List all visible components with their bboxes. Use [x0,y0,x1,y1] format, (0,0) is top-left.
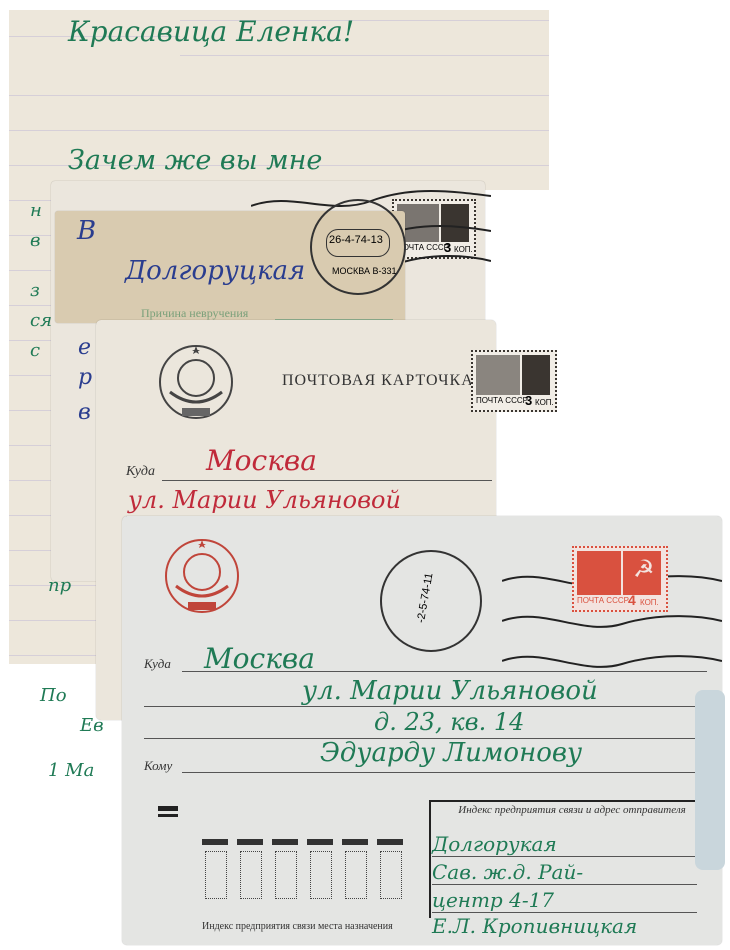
stamp-portrait-icon [476,355,520,395]
sender-line-3: центр 4-17 [432,888,554,912]
slip-mark: р [78,365,92,390]
index-digit-box [342,839,368,901]
sender-box-top [429,800,699,802]
address-line [182,772,707,773]
letter-fragment: н [30,200,42,221]
whom-label: Кому [144,758,172,774]
whom: Эдуарду Лимонову [320,738,582,768]
postmark-moscow-331: 26-4-74-13 МОСКВА В-331 [310,199,406,295]
komsomol-badge-icon [522,355,550,395]
index-mark [158,814,178,817]
letter-fragment: с [30,340,40,361]
index-mark [158,806,178,811]
to-street: ул. Марии Ульяновой [302,676,598,706]
address-line [162,480,492,481]
sender-line [432,912,697,913]
sender-line-1: Долгорукая [432,832,557,856]
to-label: Куда [144,656,171,672]
hammer-sickle-icon: ☭ [623,551,661,595]
envelope: -2-5-74-11 ☭ ПОЧТА СССР 4 КОП. Куда Моск… [122,516,722,945]
letter-fragment: По [40,685,67,706]
address-line [144,706,707,707]
stamp-coat-of-arms-icon [577,551,621,595]
sender-box-label: Индекс предприятия связи и адрес отправи… [452,804,692,817]
sender-line-2: Сав. ж.д. Рай- [432,860,583,884]
sender-line [432,884,697,885]
non-delivery-slip: В Долгоруцкая Причина невручения 26-4-74… [55,211,405,323]
letter-fragment: в [30,230,40,251]
stamp-3-kop: ПОЧТА СССР 3 КОП. [471,350,557,412]
sender-line [432,856,697,857]
ussr-coat-of-arms-icon [156,342,236,424]
index-code-boxes [202,839,462,901]
letter-fragment: з [30,280,40,301]
sender-box-left [429,800,431,918]
index-digit-box [237,839,263,901]
ussr-coat-of-arms-icon [162,536,242,618]
to-label: Куда [126,464,155,480]
index-digit-box [377,839,403,901]
index-digit-box [272,839,298,901]
slip-name: Долгоруцкая [125,256,305,286]
postcard-title: ПОЧТОВАЯ КАРТОЧКА [282,372,474,390]
letter-fragment: 1 Ма [48,760,94,781]
index-digit-box [307,839,333,901]
to-street: ул. Марии Ульяновой [128,486,401,514]
postmark-moscow-kazan: -2-5-74-11 [380,550,482,652]
stamp-4-kop: ☭ ПОЧТА СССР 4 КОП. [572,546,668,612]
index-digit-box [202,839,228,901]
letter-line-1: Красавица Еленка! [68,15,354,48]
envelope-torn-edge [695,690,725,870]
to-house: д. 23, кв. 14 [374,708,524,736]
slip-reason-label: Причина невручения [141,306,248,321]
to-city: Москва [204,642,315,675]
letter-fragment: ся [30,310,52,331]
to-city: Москва [206,444,317,477]
slip-mark: в [78,400,91,425]
index-label: Индекс предприятия связи места назначени… [202,921,393,932]
letter-line-2: Зачем же вы мне [68,145,322,176]
slip-prefix: В [77,216,96,246]
slip-mark: е [78,335,91,360]
sender-line-4: Е.Л. Кропивницкая [432,914,637,938]
